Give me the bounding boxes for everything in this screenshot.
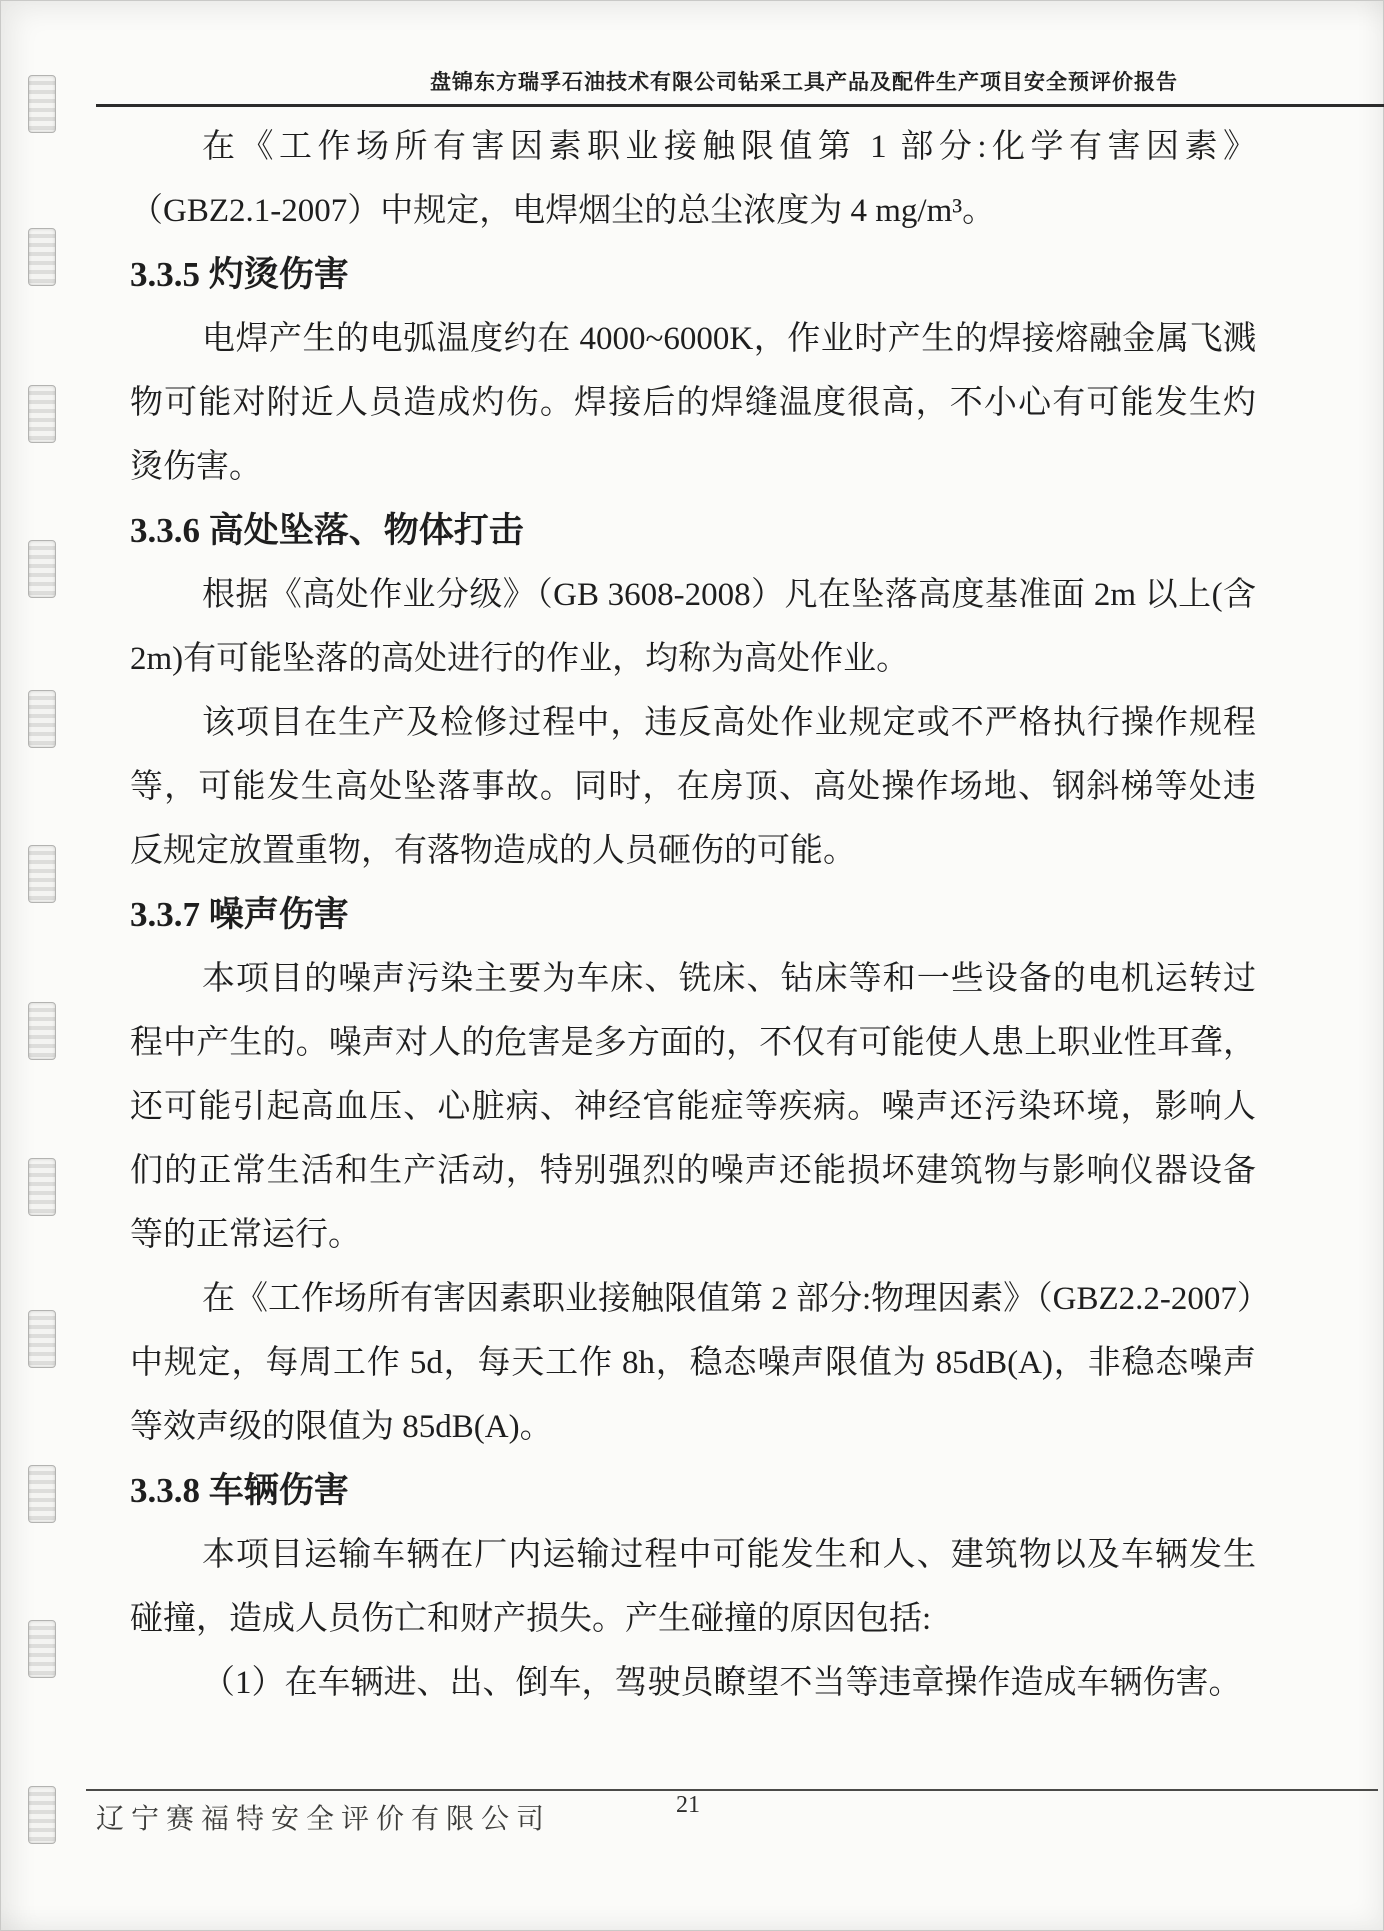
text-line: （1）在车辆进、出、倒车，驾驶员瞭望不当等违章操作造成车辆伤害。 (130, 1651, 1256, 1715)
binding-hole (28, 1158, 56, 1216)
section-heading: 3.3.5 灼烫伤害 (130, 243, 1256, 307)
text-line: 本项目运输车辆在厂内运输过程中可能发生和人、建筑物以及车辆发生 (130, 1523, 1256, 1587)
binding-hole (28, 75, 56, 133)
text-line: （GBZ2.1-2007）中规定，电焊烟尘的总尘浓度为 4 mg/m³。 (130, 179, 1256, 243)
binding-hole (28, 540, 56, 598)
text-line: 还可能引起高血压、心脏病、神经官能症等疾病。噪声还污染环境，影响人 (130, 1075, 1256, 1139)
section-heading: 3.3.8 车辆伤害 (130, 1459, 1256, 1523)
binding-hole (28, 1786, 56, 1844)
text-line: 该项目在生产及检修过程中，违反高处作业规定或不严格执行操作规程 (130, 691, 1256, 755)
text-line: 程中产生的。噪声对人的危害是多方面的，不仅有可能使人患上职业性耳聋， (130, 1011, 1256, 1075)
text-line: 本项目的噪声污染主要为车床、铣床、钻床等和一些设备的电机运转过 (130, 947, 1256, 1011)
footer-divider (86, 1789, 1378, 1791)
text-line: 在《工作场所有害因素职业接触限值第 2 部分:物理因素》（GBZ2.2-2007… (130, 1267, 1256, 1331)
section-heading: 3.3.7 噪声伤害 (130, 883, 1256, 947)
text-line: 电焊产生的电弧温度约在 4000~6000K，作业时产生的焊接熔融金属飞溅 (130, 307, 1256, 371)
text-line: 烫伤害。 (130, 435, 1256, 499)
binding-hole (28, 385, 56, 443)
binding-hole (28, 690, 56, 748)
binding-hole (28, 228, 56, 286)
text-line: 们的正常生活和生产活动，特别强烈的噪声还能损坏建筑物与影响仪器设备 (130, 1139, 1256, 1203)
text-line: 物可能对附近人员造成灼伤。焊接后的焊缝温度很高，不小心有可能发生灼 (130, 371, 1256, 435)
text-line: 等效声级的限值为 85dB(A)。 (130, 1395, 1256, 1459)
text-line: 中规定，每周工作 5d，每天工作 8h，稳态噪声限值为 85dB(A)，非稳态噪… (130, 1331, 1256, 1395)
binding-hole (28, 845, 56, 903)
binding-hole (28, 1002, 56, 1060)
binding-hole (28, 1465, 56, 1523)
section-heading: 3.3.6 高处坠落、物体打击 (130, 499, 1256, 563)
page-number: 21 (676, 1792, 700, 1819)
text-line: 反规定放置重物，有落物造成的人员砸伤的可能。 (130, 819, 1256, 883)
scanned-document-page: 盘锦东方瑞孚石油技术有限公司钻采工具产品及配件生产项目安全预评价报告 在《工作场… (0, 0, 1384, 1931)
text-line: 等的正常运行。 (130, 1203, 1256, 1267)
footer-company-name: 辽宁赛福特安全评价有限公司 (96, 1797, 551, 1837)
text-line: 在《工作场所有害因素职业接触限值第 1 部分:化学有害因素》 (130, 115, 1256, 179)
text-line: 根据《高处作业分级》（GB 3608-2008）凡在坠落高度基准面 2m 以上(… (130, 563, 1256, 627)
text-line: 等，可能发生高处坠落事故。同时，在房顶、高处操作场地、钢斜梯等处违 (130, 755, 1256, 819)
text-line: 碰撞，造成人员伤亡和财产损失。产生碰撞的原因包括: (130, 1587, 1256, 1651)
header-divider (96, 104, 1384, 107)
binding-hole (28, 1620, 56, 1678)
binding-hole (28, 1310, 56, 1368)
page-header-title: 盘锦东方瑞孚石油技术有限公司钻采工具产品及配件生产项目安全预评价报告 (430, 66, 1178, 96)
text-line: 2m)有可能坠落的高处进行的作业，均称为高处作业。 (130, 627, 1256, 691)
document-body: 在《工作场所有害因素职业接触限值第 1 部分:化学有害因素》（GBZ2.1-20… (130, 115, 1256, 1715)
